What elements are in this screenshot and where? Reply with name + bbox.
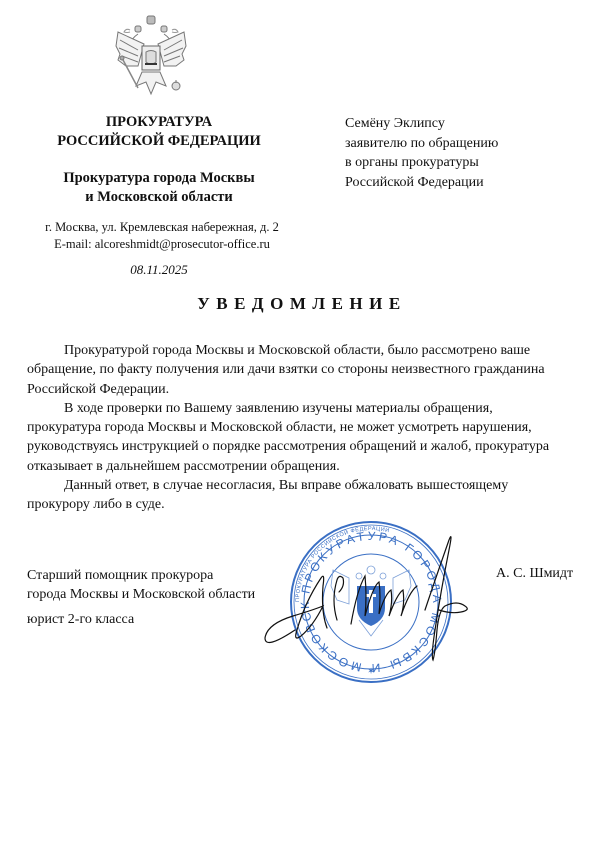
suborg-line-1: Прокуратура города Москвы bbox=[30, 169, 288, 188]
address: г. Москва, ул. Кремлевская набережная, д… bbox=[36, 219, 288, 236]
suborg-line-2: и Московской области bbox=[30, 188, 288, 207]
signatory-name: А. С. Шмидт bbox=[496, 566, 573, 582]
body-paragraph: Прокуратурой города Москвы и Московской … bbox=[27, 341, 567, 399]
recipient-line: Российской Федерации bbox=[345, 173, 498, 193]
signatory-rank: юрист 2-го класса bbox=[27, 610, 255, 629]
recipient-line: Семёну Эклипсу bbox=[345, 114, 498, 134]
position-line-2: города Москвы и Московской области bbox=[27, 585, 255, 604]
document-date: 08.11.2025 bbox=[30, 262, 288, 278]
recipient-line: в органы прокуратуры bbox=[345, 153, 498, 173]
document-title: УВЕДОМЛЕНИЕ bbox=[0, 294, 604, 314]
handwritten-signature bbox=[255, 520, 495, 680]
org-line-2: РОССИЙСКОЙ ФЕДЕРАЦИИ bbox=[30, 132, 288, 151]
sub-organization-name: Прокуратура города Москвы и Московской о… bbox=[30, 169, 288, 207]
organization-name: ПРОКУРАТУРА РОССИЙСКОЙ ФЕДЕРАЦИИ bbox=[30, 113, 288, 151]
position-line-1: Старший помощник прокурора bbox=[27, 566, 255, 585]
coat-of-arms-emblem bbox=[108, 10, 194, 102]
recipient-line: заявителю по обращению bbox=[345, 134, 498, 154]
double-headed-eagle-icon bbox=[108, 10, 194, 102]
org-line-1: ПРОКУРАТУРА bbox=[30, 113, 288, 132]
email: E-mail: alcoreshmidt@prosecutor-office.r… bbox=[36, 236, 288, 253]
document-body: Прокуратурой города Москвы и Московской … bbox=[27, 341, 567, 515]
signatory-position: Старший помощник прокурора города Москвы… bbox=[27, 566, 255, 629]
recipient-block: Семёну Эклипсу заявителю по обращению в … bbox=[345, 114, 498, 192]
body-paragraph: Данный ответ, в случае несогласия, Вы вп… bbox=[27, 476, 567, 515]
body-paragraph: В ходе проверки по Вашему заявлению изуч… bbox=[27, 399, 567, 476]
signature-scribble-icon bbox=[255, 520, 495, 680]
contact-block: г. Москва, ул. Кремлевская набережная, д… bbox=[36, 219, 288, 253]
